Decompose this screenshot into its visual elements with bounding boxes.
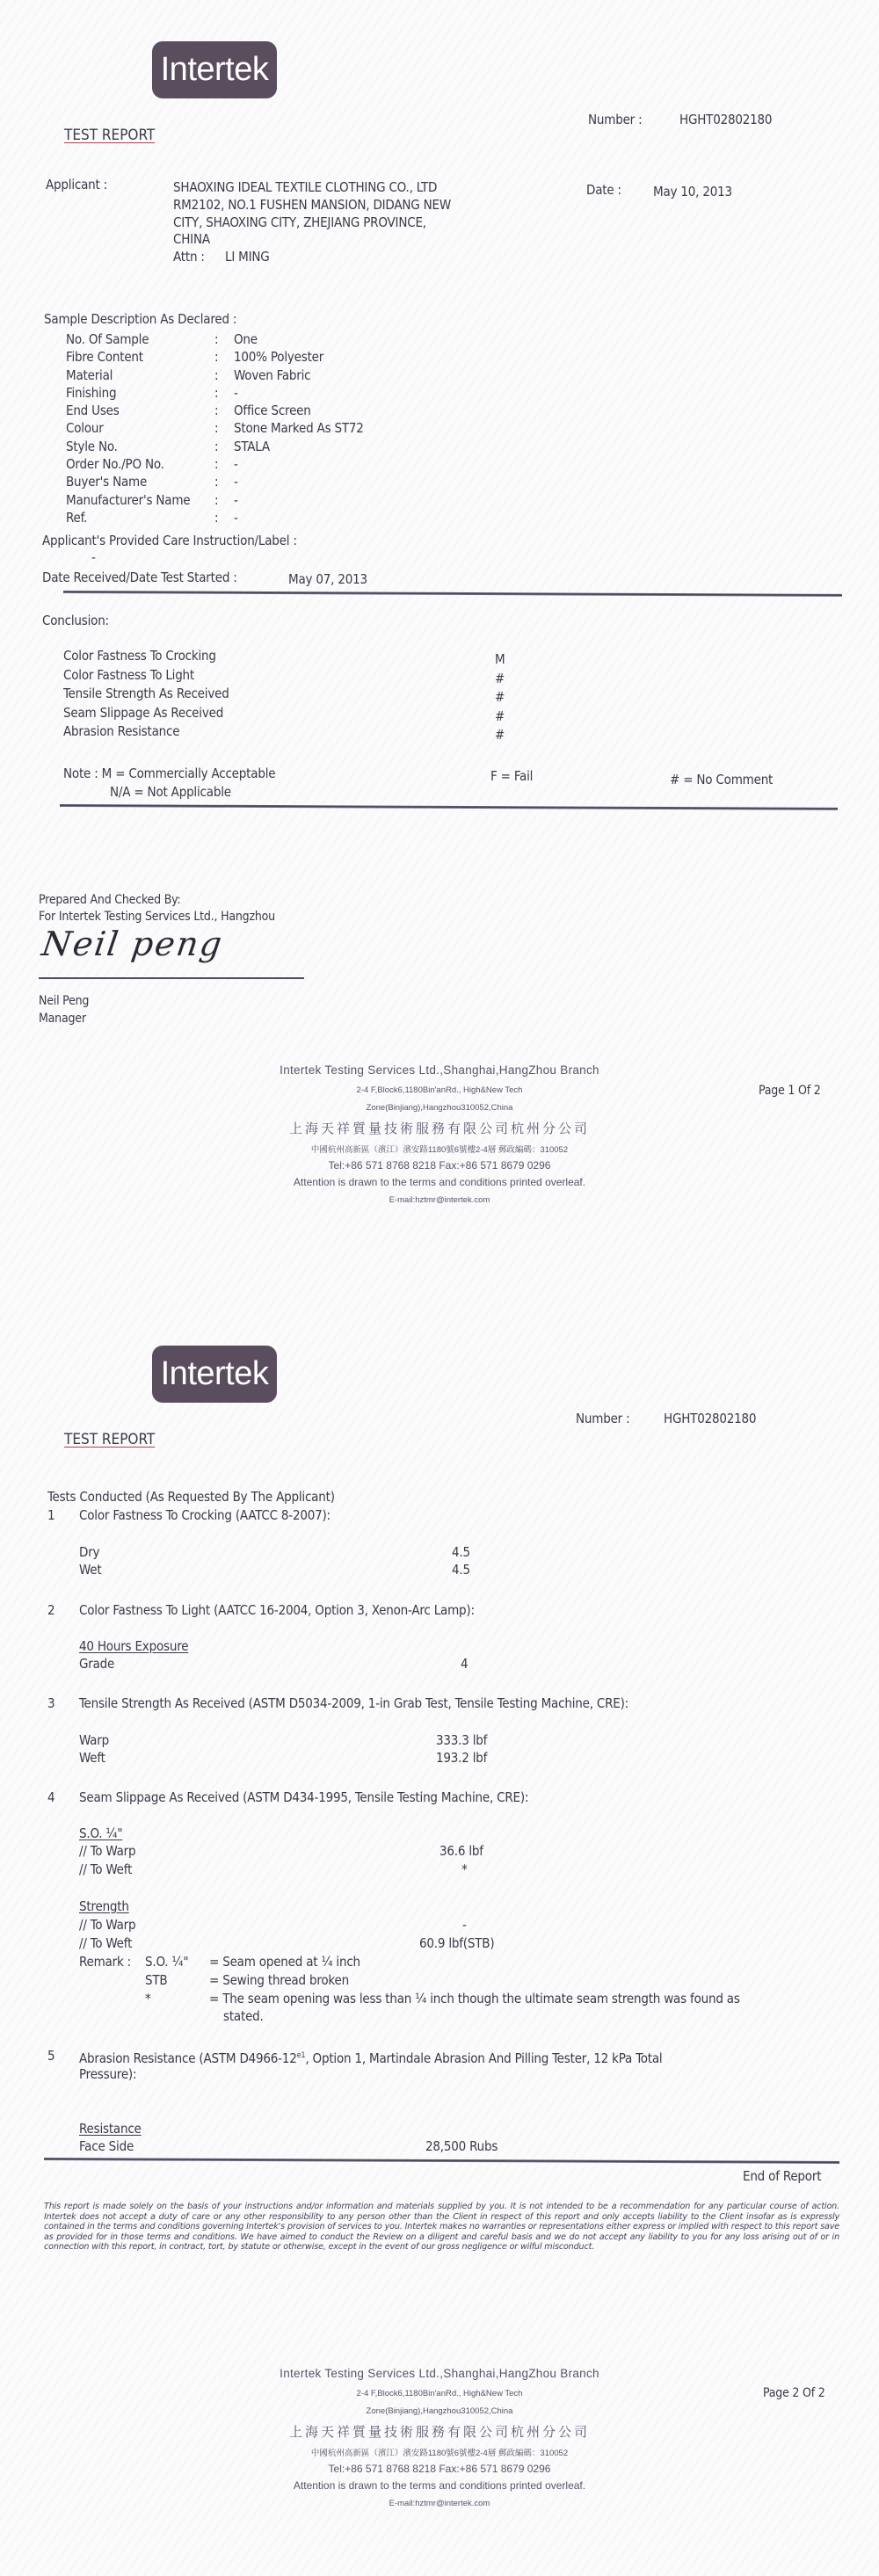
- remark-label: Remark :: [79, 1954, 131, 1970]
- sample-field-colon: :: [214, 420, 218, 436]
- conclusion-heading: Conclusion:: [42, 613, 109, 628]
- test-4-title: Seam Slippage As Received (ASTM D434-199…: [79, 1789, 528, 1805]
- sample-field-label: End Uses: [66, 403, 120, 418]
- footer-tel-fax: Tel:+86 571 8768 8218 Fax:+86 571 8679 0…: [0, 2463, 879, 2475]
- date-label: Date :: [586, 182, 621, 198]
- conclusion-test-name: Abrasion Resistance: [63, 723, 179, 739]
- sample-field-label: Colour: [66, 420, 104, 436]
- conclusion-test-name: Seam Slippage As Received: [63, 705, 223, 721]
- sample-field-label: Manufacturer's Name: [66, 492, 190, 508]
- signature: Neil peng: [40, 925, 226, 963]
- conclusion-test-name: Color Fastness To Light: [63, 667, 194, 683]
- result-value: *: [461, 1861, 468, 1877]
- footer-email: E-mail:hztmr@intertek.com: [0, 2499, 879, 2508]
- remark-text: = Sewing thread broken: [209, 1972, 349, 1988]
- result-label: Weft: [79, 1750, 105, 1766]
- test-subheading: 40 Hours Exposure: [79, 1638, 188, 1654]
- result-label: // To Warp: [79, 1917, 135, 1933]
- applicant-label: Applicant :: [46, 177, 107, 192]
- signature-line: [39, 977, 304, 979]
- footer-address-2: Zone(Binjiang),Hangzhou310052,China: [0, 1103, 879, 1113]
- result-label: // To Weft: [79, 1935, 132, 1951]
- note-commercially-acceptable: Note : M = Commercially Acceptable: [63, 766, 275, 781]
- date-received-label: Date Received/Date Test Started :: [42, 570, 237, 585]
- security-watermark-pattern: [0, 0, 879, 2576]
- result-value: 4.5: [452, 1562, 470, 1578]
- end-of-report: End of Report: [743, 2168, 821, 2184]
- result-value: 60.9 lbf(STB): [419, 1935, 494, 1951]
- remark-key: STB: [145, 1972, 167, 1988]
- result-value: 4: [461, 1656, 468, 1672]
- applicant-line-1: SHAOXING IDEAL TEXTILE CLOTHING CO., LTD: [173, 179, 437, 195]
- footer-company: Intertek Testing Services Ltd.,Shanghai,…: [0, 2367, 879, 2380]
- result-label: // To Warp: [79, 1843, 135, 1859]
- footer-address-1: 2-4 F,Block6,1180Bin'anRd., High&New Tec…: [0, 1085, 879, 1095]
- sample-field-label: Material: [66, 367, 113, 383]
- report-number-label: Number :: [576, 1411, 629, 1426]
- intertek-logo: Intertek: [152, 1346, 277, 1403]
- sample-field-label: Finishing: [66, 385, 116, 401]
- page-number: Page 2 Of 2: [763, 2385, 825, 2401]
- conclusion-result: #: [495, 727, 505, 743]
- test-subheading: Resistance: [79, 2121, 142, 2137]
- legal-disclaimer: This report is made solely on the basis …: [44, 2202, 839, 2253]
- date-received-value: May 07, 2013: [288, 571, 367, 587]
- sample-field-label: Ref.: [66, 510, 87, 526]
- care-instruction-label: Applicant's Provided Care Instruction/La…: [42, 533, 297, 548]
- intertek-logo: Intertek: [152, 41, 277, 98]
- conclusion-test-name: Tensile Strength As Received: [63, 686, 229, 701]
- sample-description-heading: Sample Description As Declared :: [44, 311, 236, 327]
- remark-text: = Seam opened at ¼ inch: [209, 1954, 360, 1970]
- section-divider: [63, 591, 842, 597]
- conclusion-result: #: [495, 671, 505, 686]
- sample-field-colon: :: [214, 439, 218, 454]
- section-divider: [44, 2158, 839, 2164]
- remark-key: *: [145, 1991, 151, 2006]
- sample-field-value: 100% Polyester: [234, 349, 323, 365]
- test-number: 5: [47, 2048, 54, 2064]
- test-1-title: Color Fastness To Crocking (AATCC 8-2007…: [79, 1507, 331, 1523]
- note-fail: F = Fail: [490, 768, 533, 784]
- page-title: TEST REPORT: [64, 127, 155, 144]
- result-label: Face Side: [79, 2138, 134, 2154]
- test-2-title: Color Fastness To Light (AATCC 16-2004, …: [79, 1602, 475, 1618]
- prepared-for-label: For Intertek Testing Services Ltd., Hang…: [39, 909, 275, 925]
- sample-field-value: -: [234, 510, 238, 526]
- footer-company-chinese: 上海天祥質量技術服務有限公司杭州分公司: [0, 2422, 879, 2441]
- page-title: TEST REPORT: [64, 1431, 155, 1448]
- sample-field-label: Order No./PO No.: [66, 456, 164, 472]
- section-divider: [60, 804, 838, 810]
- sample-field-colon: :: [214, 510, 218, 526]
- result-value: 36.6 lbf: [439, 1843, 483, 1859]
- sample-field-value: STALA: [234, 439, 270, 454]
- footer-address-chinese: 中國杭州高新區（濱江）濱安路1180號6號樓2-4層 郵政編碼：310052: [0, 1143, 879, 1155]
- report-number-label: Number :: [588, 112, 642, 127]
- signer-name: Neil Peng: [39, 993, 89, 1009]
- note-no-comment: # = No Comment: [670, 772, 773, 787]
- sample-field-value: Office Screen: [234, 403, 311, 418]
- remark-text-continued: stated.: [223, 2008, 264, 2024]
- test-number: 4: [47, 1789, 54, 1805]
- report-number-value: HGHT02802180: [664, 1411, 756, 1426]
- note-not-applicable: N/A = Not Applicable: [110, 784, 231, 800]
- result-label: Warp: [79, 1732, 109, 1748]
- test-5-title-line-2: Pressure):: [79, 2066, 136, 2082]
- sample-field-value: -: [234, 456, 238, 472]
- test-5-title-part: Abrasion Resistance (ASTM D4966-12: [79, 2050, 297, 2066]
- page-number: Page 1 Of 2: [759, 1083, 821, 1099]
- sample-field-label: No. Of Sample: [66, 331, 149, 347]
- test-number: 3: [47, 1695, 54, 1711]
- footer-attention: Attention is drawn to the terms and cond…: [0, 2479, 879, 2492]
- footer-tel-fax: Tel:+86 571 8768 8218 Fax:+86 571 8679 0…: [0, 1159, 879, 1172]
- report-number-value: HGHT02802180: [679, 112, 772, 127]
- remark-text: = The seam opening was less than ¼ inch …: [209, 1991, 740, 2006]
- applicant-line-3: CITY, SHAOXING CITY, ZHEJIANG PROVINCE,: [173, 214, 426, 230]
- footer-address-2: Zone(Binjiang),Hangzhou310052,China: [0, 2406, 879, 2416]
- prepared-by-label: Prepared And Checked By:: [39, 892, 180, 908]
- attn-label: Attn :: [173, 249, 205, 265]
- result-label: Dry: [79, 1544, 99, 1560]
- conclusion-result: #: [495, 708, 505, 724]
- remark-key: S.O. ¼": [145, 1954, 188, 1970]
- sample-field-colon: :: [214, 331, 218, 347]
- result-value: 193.2 lbf: [436, 1750, 487, 1766]
- sample-field-colon: :: [214, 367, 218, 383]
- sample-field-colon: :: [214, 403, 218, 418]
- attn-value: LI MING: [225, 249, 270, 265]
- footer-attention: Attention is drawn to the terms and cond…: [0, 1176, 879, 1188]
- sample-field-colon: :: [214, 349, 218, 365]
- sample-field-value: Stone Marked As ST72: [234, 420, 364, 436]
- tests-conducted-heading: Tests Conducted (As Requested By The App…: [47, 1489, 335, 1505]
- date-value: May 10, 2013: [653, 184, 732, 200]
- care-instruction-value: -: [91, 549, 96, 565]
- test-subheading: S.O. ¼": [79, 1825, 122, 1841]
- footer-address-chinese: 中國杭州高新區（濱江）濱安路1180號6號樓2-4層 郵政編碼：310052: [0, 2446, 879, 2458]
- result-value: -: [462, 1917, 467, 1933]
- test-5-title-superscript: e1: [297, 2051, 306, 2060]
- sample-field-value: Woven Fabric: [234, 367, 310, 383]
- test-5-title: Abrasion Resistance (ASTM D4966-12e1, Op…: [79, 2048, 662, 2066]
- sample-field-value: -: [234, 474, 238, 490]
- test-number: 1: [47, 1507, 54, 1523]
- applicant-line-4: CHINA: [173, 231, 210, 247]
- result-value: 4.5: [452, 1544, 470, 1560]
- sample-field-value: -: [234, 385, 238, 401]
- sample-field-label: Fibre Content: [66, 349, 143, 365]
- sample-field-label: Style No.: [66, 439, 118, 454]
- test-5-title-part: , Option 1, Martindale Abrasion And Pill…: [305, 2050, 662, 2066]
- conclusion-result: #: [495, 689, 505, 705]
- footer-address-1: 2-4 F,Block6,1180Bin'anRd., High&New Tec…: [0, 2389, 879, 2398]
- signer-title: Manager: [39, 1011, 86, 1027]
- test-number: 2: [47, 1602, 54, 1618]
- sample-field-colon: :: [214, 474, 218, 490]
- conclusion-test-name: Color Fastness To Crocking: [63, 648, 216, 664]
- result-value: 28,500 Rubs: [425, 2138, 498, 2154]
- result-label: Wet: [79, 1562, 101, 1578]
- sample-field-label: Buyer's Name: [66, 474, 147, 490]
- footer-email: E-mail:hztmr@intertek.com: [0, 1195, 879, 1205]
- sample-field-colon: :: [214, 456, 218, 472]
- result-label: // To Weft: [79, 1861, 132, 1877]
- applicant-line-2: RM2102, NO.1 FUSHEN MANSION, DIDANG NEW: [173, 197, 451, 213]
- sample-field-colon: :: [214, 492, 218, 508]
- sample-field-colon: :: [214, 385, 218, 401]
- sample-field-value: One: [234, 331, 258, 347]
- footer-company-chinese: 上海天祥質量技術服務有限公司杭州分公司: [0, 1119, 879, 1137]
- test-subheading: Strength: [79, 1898, 129, 1914]
- conclusion-result: M: [495, 651, 505, 667]
- result-value: 333.3 lbf: [436, 1732, 487, 1748]
- footer-company: Intertek Testing Services Ltd.,Shanghai,…: [0, 1063, 879, 1077]
- test-3-title: Tensile Strength As Received (ASTM D5034…: [79, 1695, 628, 1711]
- sample-field-value: -: [234, 492, 238, 508]
- result-label: Grade: [79, 1656, 114, 1672]
